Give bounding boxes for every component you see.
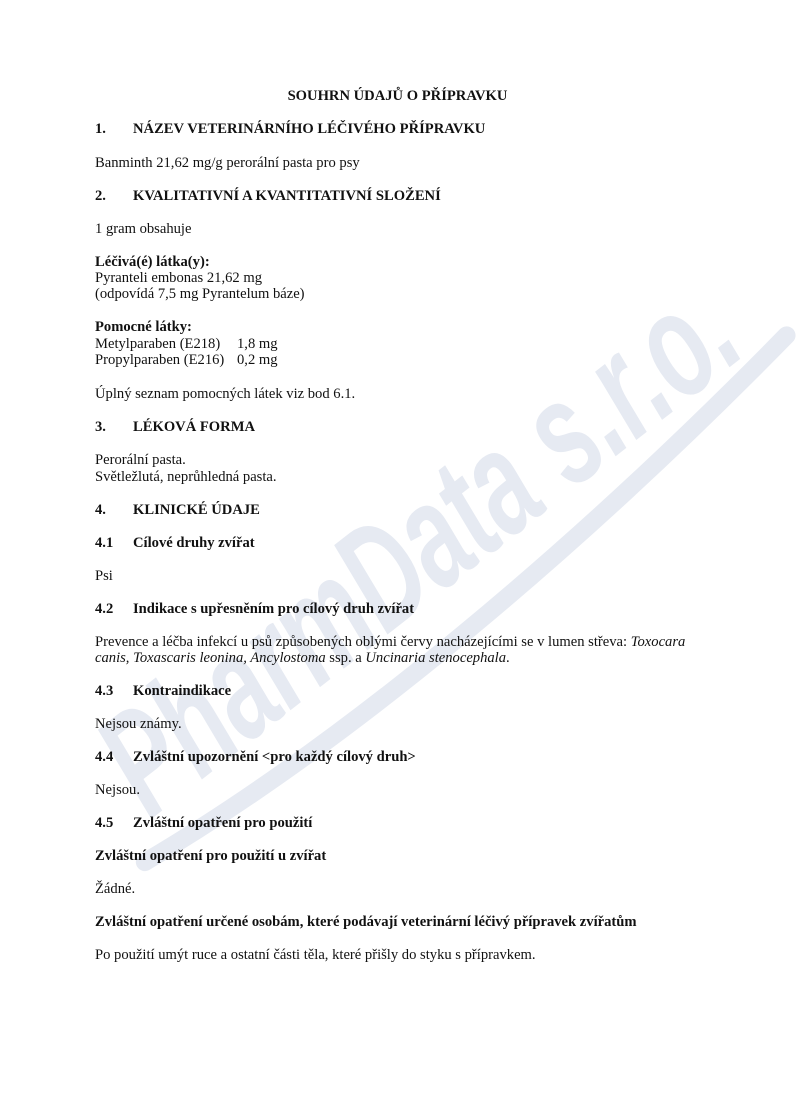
section-title: Zvláštní opatření pro použití [133, 815, 312, 831]
section-number: 3. [95, 419, 133, 436]
section-heading-3: 3.LÉKOVÁ FORMA [95, 419, 255, 436]
section-heading-2: 2.KVALITATIVNÍ A KVANTITATIVNÍ SLOŽENÍ [95, 188, 441, 205]
active-substance-line: Pyranteli embonas 21,62 mg [95, 270, 262, 287]
section-number: 4.1 [95, 535, 133, 552]
subsection-text: Žádné. [95, 881, 135, 898]
excipients-note: Úplný seznam pomocných látek viz bod 6.1… [95, 386, 355, 403]
species-name: canis, Toxascaris leonina, Ancylostoma [95, 650, 326, 666]
section-heading-4-4: 4.4Zvláštní upozornění <pro každý cílový… [95, 749, 416, 766]
excipient-name: Metylparaben (E218) [95, 336, 220, 352]
excipient-row: Metylparaben (E218)1,8 mg [95, 336, 395, 353]
section-heading-4-1: 4.1Cílové druhy zvířat [95, 535, 255, 552]
document-title: SOUHRN ÚDAJŮ O PŘÍPRAVKU [95, 88, 700, 105]
subsection-title: Zvláštní opatření určené osobám, které p… [95, 914, 637, 931]
section-heading-4-2: 4.2Indikace s upřesněním pro cílový druh… [95, 601, 414, 618]
composition-intro: 1 gram obsahuje [95, 221, 191, 238]
excipient-row: Propylparaben (E216)0,2 mg [95, 352, 395, 369]
subsection-title: Zvláštní opatření pro použití u zvířat [95, 848, 326, 865]
indications-text: ssp. a [326, 650, 366, 666]
excipient-name: Propylparaben (E216) [95, 352, 224, 368]
section-heading-4: 4.KLINICKÉ ÚDAJE [95, 502, 260, 519]
excipient-amount: 0,2 mg [237, 352, 278, 369]
species-name: Toxocara [631, 634, 686, 650]
active-substance-line: (odpovídá 7,5 mg Pyrantelum báze) [95, 286, 305, 303]
section-number: 4.5 [95, 815, 133, 832]
indications-line-2: canis, Toxascaris leonina, Ancylostoma s… [95, 650, 510, 667]
section-title: Cílové druhy zvířat [133, 535, 255, 551]
section-title: Indikace s upřesněním pro cílový druh zv… [133, 601, 414, 617]
section-title: Kontraindikace [133, 683, 231, 699]
target-species: Psi [95, 568, 113, 585]
dosage-form-line: Světležlutá, neprůhledná pasta. [95, 469, 277, 486]
species-name: Uncinaria stenocephala [365, 650, 506, 666]
section-number: 4. [95, 502, 133, 519]
section-heading-4-3: 4.3Kontraindikace [95, 683, 231, 700]
section-number: 4.4 [95, 749, 133, 766]
indications-line-1: Prevence a léčba infekcí u psů způsobený… [95, 634, 685, 651]
section-number: 4.3 [95, 683, 133, 700]
special-warnings-text: Nejsou. [95, 782, 140, 799]
section-number: 4.2 [95, 601, 133, 618]
section-title: KVALITATIVNÍ A KVANTITATIVNÍ SLOŽENÍ [133, 188, 441, 204]
contraindications-text: Nejsou známy. [95, 716, 182, 733]
section-title: Zvláštní upozornění <pro každý cílový dr… [133, 749, 416, 765]
indications-text: Prevence a léčba infekcí u psů způsobený… [95, 634, 631, 650]
section-heading-1: 1.NÁZEV VETERINÁRNÍHO LÉČIVÉHO PŘÍPRAVKU [95, 121, 485, 138]
excipients-label: Pomocné látky: [95, 319, 192, 336]
product-name: Banminth 21,62 mg/g perorální pasta pro … [95, 155, 360, 172]
section-number: 1. [95, 121, 133, 138]
dosage-form-line: Perorální pasta. [95, 452, 186, 469]
section-number: 2. [95, 188, 133, 205]
section-title: NÁZEV VETERINÁRNÍHO LÉČIVÉHO PŘÍPRAVKU [133, 121, 485, 137]
subsection-text: Po použití umýt ruce a ostatní části těl… [95, 947, 536, 964]
section-title: LÉKOVÁ FORMA [133, 419, 255, 435]
active-substance-label: Léčivá(é) látka(y): [95, 254, 210, 271]
section-heading-4-5: 4.5Zvláštní opatření pro použití [95, 815, 312, 832]
indications-text: . [506, 650, 510, 666]
section-title: KLINICKÉ ÚDAJE [133, 502, 260, 518]
excipient-amount: 1,8 mg [237, 336, 278, 353]
